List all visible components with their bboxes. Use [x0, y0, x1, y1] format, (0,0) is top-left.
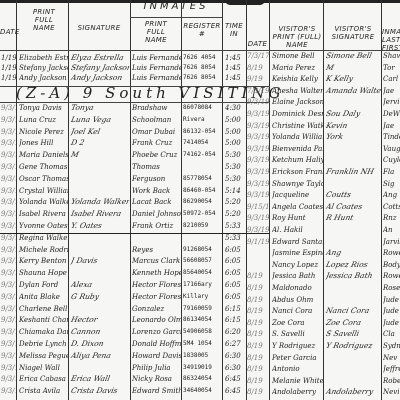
- visitor-print-name-cell: Jessica Bath: [272, 272, 323, 280]
- inmate-name-cell: Howard Davis: [132, 352, 181, 360]
- register-number-cell: 79160059: [183, 305, 222, 313]
- register-number-cell: Killary: [183, 293, 222, 301]
- visitor-name-cell: Regina Walker: [19, 234, 68, 242]
- visitor-name-cell: Andy Jackson: [19, 74, 68, 82]
- visitor-name-cell: Elizabeth Estrella: [19, 54, 68, 62]
- inmate-last-first-cell: Jae: [383, 87, 400, 95]
- column-rule: [68, 0, 69, 400]
- register-number-cell: 85640054: [183, 269, 222, 277]
- visitor-name-cell: Luna Cruz: [19, 116, 68, 124]
- visitor-name-cell: Maria Daniels: [19, 151, 68, 159]
- register-number-cell: 34919019: [183, 364, 222, 372]
- visitor-name-cell: Anita Blake: [19, 293, 68, 301]
- visit-date-cell: 8/19: [247, 354, 269, 362]
- visit-date-cell: 8/19: [247, 307, 269, 315]
- date-cell: 9/3/19: [1, 293, 16, 301]
- inmate-last-first-cell: Tor: [383, 64, 400, 72]
- inmate-last-first-cell: Sydney: [383, 342, 400, 350]
- inmate-last-first-cell: Tinde: [383, 133, 400, 141]
- inmate-last-first-cell: Jude: [383, 296, 400, 304]
- time-in-cell: 6:45: [225, 375, 246, 383]
- inmate-name-cell: Thomas: [132, 163, 181, 171]
- register-number-cell: 50972-054: [183, 210, 222, 218]
- visitor-name-cell: Debrie Lynch: [19, 340, 68, 348]
- date-cell: 9/3/19: [1, 175, 16, 183]
- visitor-print-name-cell: Peter Garcia: [272, 354, 323, 362]
- visit-date-cell: 9/3/19: [247, 214, 269, 222]
- inmate-name-cell: Phoebe Cruz: [132, 151, 181, 159]
- inmate-name-cell: Daniel Johnson: [132, 210, 181, 218]
- visit-date-cell: 8/19: [247, 330, 269, 338]
- signature-cell: Erica Wall: [70, 375, 130, 383]
- inmate-last-first-cell: Jervi: [383, 98, 400, 106]
- visitor-print-name-cell: Ketchum Haliy: [272, 156, 323, 164]
- visit-date-cell: 9/3/19: [247, 110, 269, 118]
- inmate-last-first-cell: Jarvis: [383, 238, 400, 246]
- signature-cell: J Davis: [70, 257, 130, 265]
- signature-cell: D. Dixon: [70, 340, 130, 348]
- visitor-print-name-cell: Anesha Walters: [272, 87, 323, 95]
- time-in-cell: 1:45: [225, 74, 246, 82]
- visitor-print-name-cell: Abdus Ohm: [272, 296, 323, 304]
- header-rule: [0, 50, 400, 51]
- register-number-cell: 86324054: [183, 375, 222, 383]
- time-in-cell: 5:00: [225, 139, 246, 147]
- visitor-signature-cell: R Hunt: [325, 214, 382, 222]
- visit-date-cell: 8/19: [247, 272, 269, 280]
- visit-date-cell: 9/3/19: [247, 156, 269, 164]
- header-signature: SIGNATURE: [70, 24, 128, 32]
- register-number-cell: 86460-054: [183, 187, 222, 195]
- visit-date-cell: 9/3/19: [247, 180, 269, 188]
- visitor-name-cell: Kerry Benton: [19, 257, 68, 265]
- register-number-cell: 17166ary: [183, 281, 222, 289]
- inmate-name-cell: Luis Fernandez: [132, 74, 181, 82]
- time-in-cell: 5:20: [225, 210, 246, 218]
- time-in-cell: 5:00: [225, 116, 246, 124]
- inmate-name-cell: Schoolman: [132, 116, 181, 124]
- register-number-cell: 86132-054: [183, 128, 222, 136]
- inmate-last-first-cell: Nevin: [383, 388, 400, 396]
- column-rule: [181, 0, 182, 400]
- inmate-name-cell: Edward Smith: [132, 387, 181, 395]
- date-cell: 9/3/19: [1, 222, 16, 230]
- visitor-signature-cell: K Kelly: [325, 75, 382, 83]
- header-date: DATE: [0, 28, 16, 36]
- signature-cell: Isabel Rivera: [70, 210, 130, 218]
- date-cell: 9/3/19: [1, 387, 16, 395]
- inmate-name-cell: Ferguson: [132, 175, 181, 183]
- date-cell: 9/3/19: [1, 305, 16, 313]
- visitor-signature-cell: M: [325, 64, 382, 72]
- visitor-print-name-cell: Simone Bell: [272, 52, 323, 60]
- visitor-signature-cell: Simone Bell: [325, 52, 382, 60]
- visit-date-cell: 8/19: [247, 319, 269, 327]
- visitor-signature-cell: Kevin: [325, 122, 382, 130]
- visit-date-cell: 9/3/19: [247, 226, 269, 234]
- visit-date-cell: 9/3/19: [247, 98, 269, 106]
- register-number-cell: 7626 8054: [183, 74, 222, 82]
- visitor-print-name-cell: Melanie White: [272, 377, 323, 385]
- inmate-last-first-cell: Rnz: [383, 214, 400, 222]
- register-number-cell: 34640054: [183, 387, 222, 395]
- visitor-signature-cell: Lopez Rios: [325, 261, 382, 269]
- register-number-cell: 86290054: [183, 198, 222, 206]
- register-number-cell: Rivera: [183, 116, 222, 124]
- inmate-name-cell: Donald Hoffman: [132, 340, 181, 348]
- date-cell: 9/3/19: [1, 257, 16, 265]
- visitor-print-name-cell: Andolaberry: [272, 388, 323, 396]
- register-number-cell: 86078084: [183, 104, 222, 112]
- visitor-name-cell: Shauna Hope: [19, 269, 68, 277]
- signature-cell: Stefany Jackson: [70, 64, 130, 72]
- visit-date-cell: 9/3/19: [247, 168, 269, 176]
- inmate-last-first-cell: Carl: [383, 75, 400, 83]
- inmate-name-cell: Nicky Rosa: [132, 375, 181, 383]
- date-cell: 9/3/19: [1, 340, 16, 348]
- time-in-cell: 6:05: [225, 257, 246, 265]
- inmate-last-first-cell: An: [383, 226, 400, 234]
- signature-cell: Elyza Estrella: [70, 54, 130, 62]
- visitor-print-name-cell: Dominick Desmond: [272, 110, 323, 118]
- inmate-name-cell: Omar Dubai: [132, 128, 181, 136]
- signature-cell: Yolanda Walker: [70, 198, 130, 206]
- header-time-in: TIME IN: [223, 22, 245, 38]
- time-in-cell: 1:45: [225, 64, 246, 72]
- signature-cell: Alexa: [70, 281, 130, 289]
- visitor-name-cell: Charlene Bell: [19, 305, 68, 313]
- inmate-last-first-cell: DeWi: [383, 110, 400, 118]
- inmate-name-cell: Luis Fernandez: [132, 64, 181, 72]
- time-in-cell: 5:33: [225, 222, 246, 230]
- visitor-signature-cell: Sou Daly: [325, 110, 382, 118]
- visit-date-cell: 9/3/19: [247, 122, 269, 130]
- scan-shadow: [225, 0, 265, 5]
- visitor-name-cell: Oscar Thomas: [19, 175, 68, 183]
- date-cell: 9/3/19: [1, 234, 16, 242]
- inmate-last-first-cell: Body: [383, 261, 400, 269]
- inmate-name-cell: Lacat Back: [132, 198, 181, 206]
- inmate-last-first-cell: Rowe: [383, 272, 400, 280]
- register-number-cell: 85778054: [183, 175, 222, 183]
- inmate-name-cell: Reyes: [132, 246, 181, 254]
- inmate-name-cell: Kenneth Hope: [132, 269, 181, 277]
- register-number-cell: 74162-054: [183, 151, 222, 159]
- visitor-signature-cell: S Savelli: [325, 330, 382, 338]
- visit-date-cell: 8/19: [247, 342, 269, 350]
- visitor-signature-cell: Zoe Cora: [325, 319, 382, 327]
- signature-cell: Andy Jackson: [70, 74, 130, 82]
- signature-cell: Cannon: [70, 328, 130, 336]
- inmate-last-first-cell: Roberts: [383, 377, 400, 385]
- time-in-cell: 6:45: [225, 387, 246, 395]
- time-in-cell: 5:30: [225, 163, 246, 171]
- visitor-print-name-cell: Elaine Jackson: [272, 98, 323, 106]
- signature-cell: D 2: [70, 139, 130, 147]
- inmate-name-cell: Leonardo Olmo: [132, 316, 181, 324]
- time-in-cell: 6:05: [225, 293, 246, 301]
- header-visitors-signature: VISITOR'S SIGNATURE: [326, 25, 380, 41]
- visit-date-cell: 9/3/19: [247, 133, 269, 141]
- inmate-last-first-cell: Rowe: [383, 249, 400, 257]
- inmate-last-first-cell: Cla: [383, 330, 400, 338]
- visitor-name-cell: Keshanti Chance: [19, 316, 68, 324]
- visitor-name-cell: Yolanda Walker: [19, 198, 68, 206]
- visit-date-cell: 9/3/19: [247, 145, 269, 153]
- inmate-last-first-cell: Jeffrey: [383, 365, 400, 373]
- visitor-print-name-cell: Bienvenida Pablo: [272, 145, 323, 153]
- time-in-cell: 6:05: [225, 269, 246, 277]
- date-cell: 9/3/19: [1, 269, 16, 277]
- signature-cell: Luna Vega: [70, 116, 130, 124]
- date-cell: 9/3/19: [1, 163, 16, 171]
- visit-date-cell: 9/19: [247, 75, 269, 83]
- register-number-cell: 86134054: [183, 316, 222, 324]
- visitor-name-cell: Jones Hill: [19, 139, 68, 147]
- time-in-cell: 5:33: [225, 234, 246, 242]
- visitor-print-name-cell: Nancy Lopez: [272, 261, 323, 269]
- visit-date-cell: 8/19: [247, 296, 269, 304]
- inmate-name-cell: Bradshaw: [132, 104, 181, 112]
- visitor-name-cell: Nicole Perez: [19, 128, 68, 136]
- register-number-cell: 1838005: [183, 352, 222, 360]
- signature-cell: Y. Oates: [70, 222, 130, 230]
- visitor-name-cell: Erica Cabasa: [19, 375, 68, 383]
- inmate-last-first-cell: Jae: [383, 122, 400, 130]
- date-cell: 9/3/19: [1, 328, 16, 336]
- inmate-name-cell: Frank Ortiz: [132, 222, 181, 230]
- visitor-name-cell: Gene Thomas: [19, 163, 68, 171]
- signature-cell: Crista Davis: [70, 387, 130, 395]
- section-label: (Z-A) 9 South VISITING: [16, 84, 285, 102]
- visitor-print-name-cell: Al. Hakil: [272, 226, 323, 234]
- visitor-name-cell: Niagel Wall: [19, 364, 68, 372]
- inmate-name-cell: Work Back: [132, 187, 181, 195]
- column-rule: [246, 0, 247, 400]
- header-inmate-print-full-name: PRINT FULL NAME: [138, 20, 174, 44]
- time-in-cell: 5:30: [225, 175, 246, 183]
- visit-date-cell: 9/15/19: [247, 203, 269, 211]
- visitor-print-name-cell: Maria Perez: [272, 64, 323, 72]
- time-in-cell: 4:30: [225, 104, 246, 112]
- register-number-cell: 8210059: [183, 222, 222, 230]
- visitor-print-name-cell: Angela Coates: [272, 203, 323, 211]
- visit-date-cell: 8/19: [247, 388, 269, 396]
- header-inmate-last-first: INMATE LAST FIRST: [382, 28, 400, 52]
- visitor-print-name-cell: Antonio: [272, 365, 323, 373]
- visit-date-cell: 7/3/19: [247, 87, 269, 95]
- visit-date-cell: 8/19: [247, 284, 269, 292]
- date-cell: 9/3/19: [1, 364, 16, 372]
- visitor-name-cell: Tonya Davis: [19, 104, 68, 112]
- register-number-cell: 54906058: [183, 328, 222, 336]
- visitor-print-name-cell: Shawnye Taylor: [272, 180, 323, 188]
- date-cell: 9/3/19: [1, 139, 16, 147]
- inmate-name-cell: Philip Julia: [132, 364, 181, 372]
- time-in-cell: 5:00: [225, 128, 246, 136]
- visitor-log-sheet: DATE PRINT FULL NAME SIGNATURE INMATES P…: [0, 0, 400, 400]
- visitor-print-name-cell: S. Savelli: [272, 330, 323, 338]
- date-cell: 9/3/19: [1, 116, 16, 124]
- signature-cell: M: [70, 151, 130, 159]
- date-cell: 9/3/19: [1, 210, 16, 218]
- register-number-cell: 7414054: [183, 139, 222, 147]
- inmate-name-cell: Hector Flores: [132, 293, 181, 301]
- visitor-print-name-cell: Nanci Cora: [272, 307, 323, 315]
- visitor-print-name-cell: Zoe Cora: [272, 319, 323, 327]
- inmate-last-first-cell: Nev: [383, 354, 400, 362]
- time-in-cell: 6:30: [225, 364, 246, 372]
- header-date-2: DATE: [246, 40, 269, 48]
- visitor-print-name-cell: Erickson Franklin: [272, 168, 323, 176]
- signature-cell: G Ruby: [70, 293, 130, 301]
- header-register-number: REGISTER #: [182, 22, 222, 38]
- column-rule: [381, 0, 382, 400]
- visitor-signature-cell: Ang: [325, 249, 382, 257]
- visitor-signature-cell: York: [325, 133, 382, 141]
- visitor-print-name-cell: Christine Watkins: [272, 122, 323, 130]
- time-in-cell: 5:20: [225, 198, 246, 206]
- inmate-last-first-cell: Cuyle: [383, 156, 400, 164]
- visitor-name-cell: Michele Rodriguez: [19, 246, 68, 254]
- time-in-cell: 6:20: [225, 328, 246, 336]
- inmate-last-first-cell: Ang: [383, 191, 400, 199]
- column-rule: [222, 0, 223, 400]
- visitor-print-name-cell: Jacqueline: [272, 191, 323, 199]
- date-cell: 1/19: [1, 54, 16, 62]
- visitor-signature-cell: Andolaberry: [325, 388, 382, 396]
- visit-date-cell: 8/19: [247, 64, 269, 72]
- visitor-signature-cell: Coutts: [325, 191, 382, 199]
- visitor-print-name-cell: Maldonado: [272, 284, 323, 292]
- visitor-name-cell: Stefany Jackson: [19, 64, 68, 72]
- register-number-cell: 7626 4054: [183, 54, 222, 62]
- section-rule: [0, 102, 270, 103]
- register-number-cell: 7626 8054: [183, 64, 222, 72]
- column-rule: [16, 0, 17, 400]
- header-inmates: INMATES: [135, 3, 217, 11]
- visitor-name-cell: Yvonne Oates: [19, 222, 68, 230]
- inmate-last-first-cell: Jude: [383, 307, 400, 315]
- register-number-cell: 91268054: [183, 246, 222, 254]
- date-cell: 1/19: [1, 64, 16, 72]
- visitor-print-name-cell: Y Rodriguez: [272, 342, 323, 350]
- visitor-signature-cell: Nanci Cora: [325, 307, 382, 315]
- visitor-print-name-cell: Edward Santana: [272, 238, 323, 246]
- register-number-cell: 56608057: [183, 257, 222, 265]
- visit-date-cell: 8/19: [247, 377, 269, 385]
- visitor-signature-cell: Jessica Bath: [325, 272, 382, 280]
- inmate-name-cell: Hector Flores: [132, 281, 181, 289]
- visitor-signature-cell: Amanda Walters: [325, 87, 382, 95]
- date-cell: 9/3/19: [1, 352, 16, 360]
- time-in-cell: 6:15: [225, 305, 246, 313]
- column-rule: [269, 0, 270, 400]
- visitor-signature-cell: Y Rodriguez: [325, 342, 382, 350]
- column-rule: [130, 0, 131, 400]
- date-cell: 9/3/19: [1, 316, 16, 324]
- date-cell: 9/3/19: [1, 375, 16, 383]
- visitor-name-cell: Crista Avila: [19, 387, 68, 395]
- inmate-name-cell: Frank Cruz: [132, 139, 181, 147]
- date-cell: 1/19: [1, 74, 16, 82]
- column-rule: [323, 0, 324, 400]
- inmate-last-first-cell: Vaug: [383, 145, 400, 153]
- visitor-print-name-cell: Roy Hunt: [272, 214, 323, 222]
- time-in-cell: 6:05: [225, 246, 246, 254]
- time-in-cell: 6:15: [225, 316, 246, 324]
- inmate-name-cell: Luis Fernandez: [132, 54, 181, 62]
- date-cell: 9/3/19: [1, 246, 16, 254]
- visitor-name-cell: Isabel Rivera: [19, 210, 68, 218]
- visitor-name-cell: Dylan Ford: [19, 281, 68, 289]
- inmate-last-first-cell: Jude: [383, 319, 400, 327]
- date-cell: 9/3/19: [1, 104, 16, 112]
- inmate-last-first-cell: Sig: [383, 180, 400, 188]
- visit-date-cell: 9/3/19: [247, 191, 269, 199]
- visitor-print-name-cell: Jasmine Espinal: [272, 249, 323, 257]
- visitor-print-name-cell: Yolanda Williams: [272, 133, 323, 141]
- inmate-name-cell: Gonzalez: [132, 305, 181, 313]
- visitor-name-cell: Chiamaka Dare: [19, 328, 68, 336]
- time-in-cell: 1:45: [225, 54, 246, 62]
- signature-cell: Joel Kel: [70, 128, 130, 136]
- inmate-name-cell: Marcus Clark: [132, 257, 181, 265]
- visitor-signature-cell: Al Coates: [325, 203, 382, 211]
- inmates-group-rule: [130, 17, 222, 18]
- header-print-full-name: PRINT FULL NAME: [24, 8, 64, 32]
- inmate-last-first-cell: Shaw: [383, 52, 400, 60]
- date-cell: 9/3/19: [1, 187, 16, 195]
- inmate-last-first-cell: Rose: [383, 284, 400, 292]
- signature-cell: Hector: [70, 316, 130, 324]
- visit-date-cell: 8/19: [247, 365, 269, 373]
- date-cell: 9/3/19: [1, 151, 16, 159]
- time-in-cell: 5:14: [225, 187, 246, 195]
- date-cell: 9/3/19: [1, 198, 16, 206]
- visitor-name-cell: Melissa Peguero: [19, 352, 68, 360]
- visitor-print-name-cell: Keishia Kelly: [272, 75, 323, 83]
- visitor-signature-cell: Franklin NH: [325, 168, 382, 176]
- visitor-name-cell: Crystal Williams: [19, 187, 68, 195]
- register-number-cell: 5M4 1054: [183, 340, 222, 348]
- time-in-cell: 6:30: [225, 352, 246, 360]
- visit-date-cell: 9/1/19: [247, 238, 269, 246]
- signature-cell: Tonya: [70, 104, 130, 112]
- inmate-last-first-cell: Cotts: [383, 203, 400, 211]
- time-in-cell: 6:27: [225, 340, 246, 348]
- date-cell: 9/3/19: [1, 281, 16, 289]
- time-in-cell: 6:05: [225, 281, 246, 289]
- date-cell: 9/3/19: [1, 128, 16, 136]
- inmate-name-cell: Lorenzo Garcia: [132, 328, 181, 336]
- header-visitors-print-name: VISITOR'S PRINT (FULL) NAME: [270, 25, 324, 49]
- inmate-last-first-cell: Fla: [383, 168, 400, 176]
- time-in-cell: 5:30: [225, 151, 246, 159]
- signature-cell: Aliya Pena: [70, 352, 130, 360]
- visit-date-cell: 7/3/17: [247, 52, 269, 60]
